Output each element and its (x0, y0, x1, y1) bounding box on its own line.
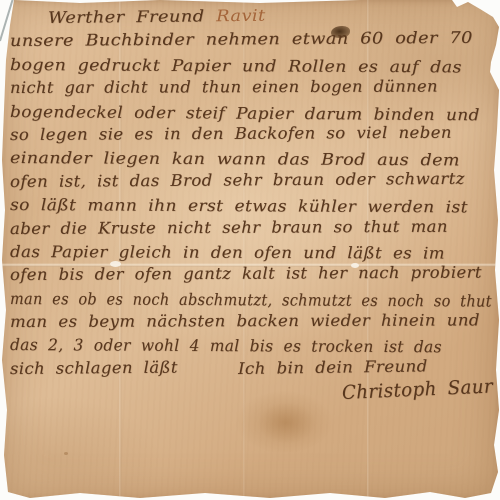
paper-damage-speck (64, 452, 68, 455)
letter-line: nicht gar dicht und thun einen bogen dün… (10, 74, 494, 99)
scanned-letter-page: Werther Freund Ravit unsere Buchbinder n… (0, 0, 500, 500)
letter-line: so legen sie es in den Backofen so viel … (10, 120, 494, 146)
letter-last-line: sich schlagen läßt (10, 355, 174, 380)
letter-body: unsere Buchbinder nehmen etwan 60 oder 7… (10, 29, 494, 356)
letter-line: ofen ist, ist das Brod sehr braun oder s… (10, 166, 494, 193)
letter-line: man es beym nächsten backen wieder hinei… (10, 308, 494, 333)
letter-line: ofen bis der ofen gantz kalt ist her nac… (10, 261, 494, 287)
salutation-text: Werther Freund Ravit (48, 4, 266, 30)
letter-line: unsere Buchbinder nehmen etwan 60 oder 7… (10, 26, 494, 53)
letter-text: Werther Freund Ravit unsere Buchbinder n… (10, 6, 494, 406)
paper-stain (258, 402, 316, 444)
closing-phrase: Ich bin dein Freund (238, 354, 422, 380)
letter-line: aber die Kruste nicht sehr braun so thut… (10, 214, 494, 240)
letter-paper: Werther Freund Ravit unsere Buchbinder n… (0, 0, 500, 500)
salutation-prefix: Werther Freund (48, 6, 205, 27)
signature: Christoph Saur (341, 376, 494, 406)
closing-row: sich schlagen läßt Ich bin dein Freund (10, 357, 494, 380)
addressee-name: Ravit (216, 6, 266, 26)
